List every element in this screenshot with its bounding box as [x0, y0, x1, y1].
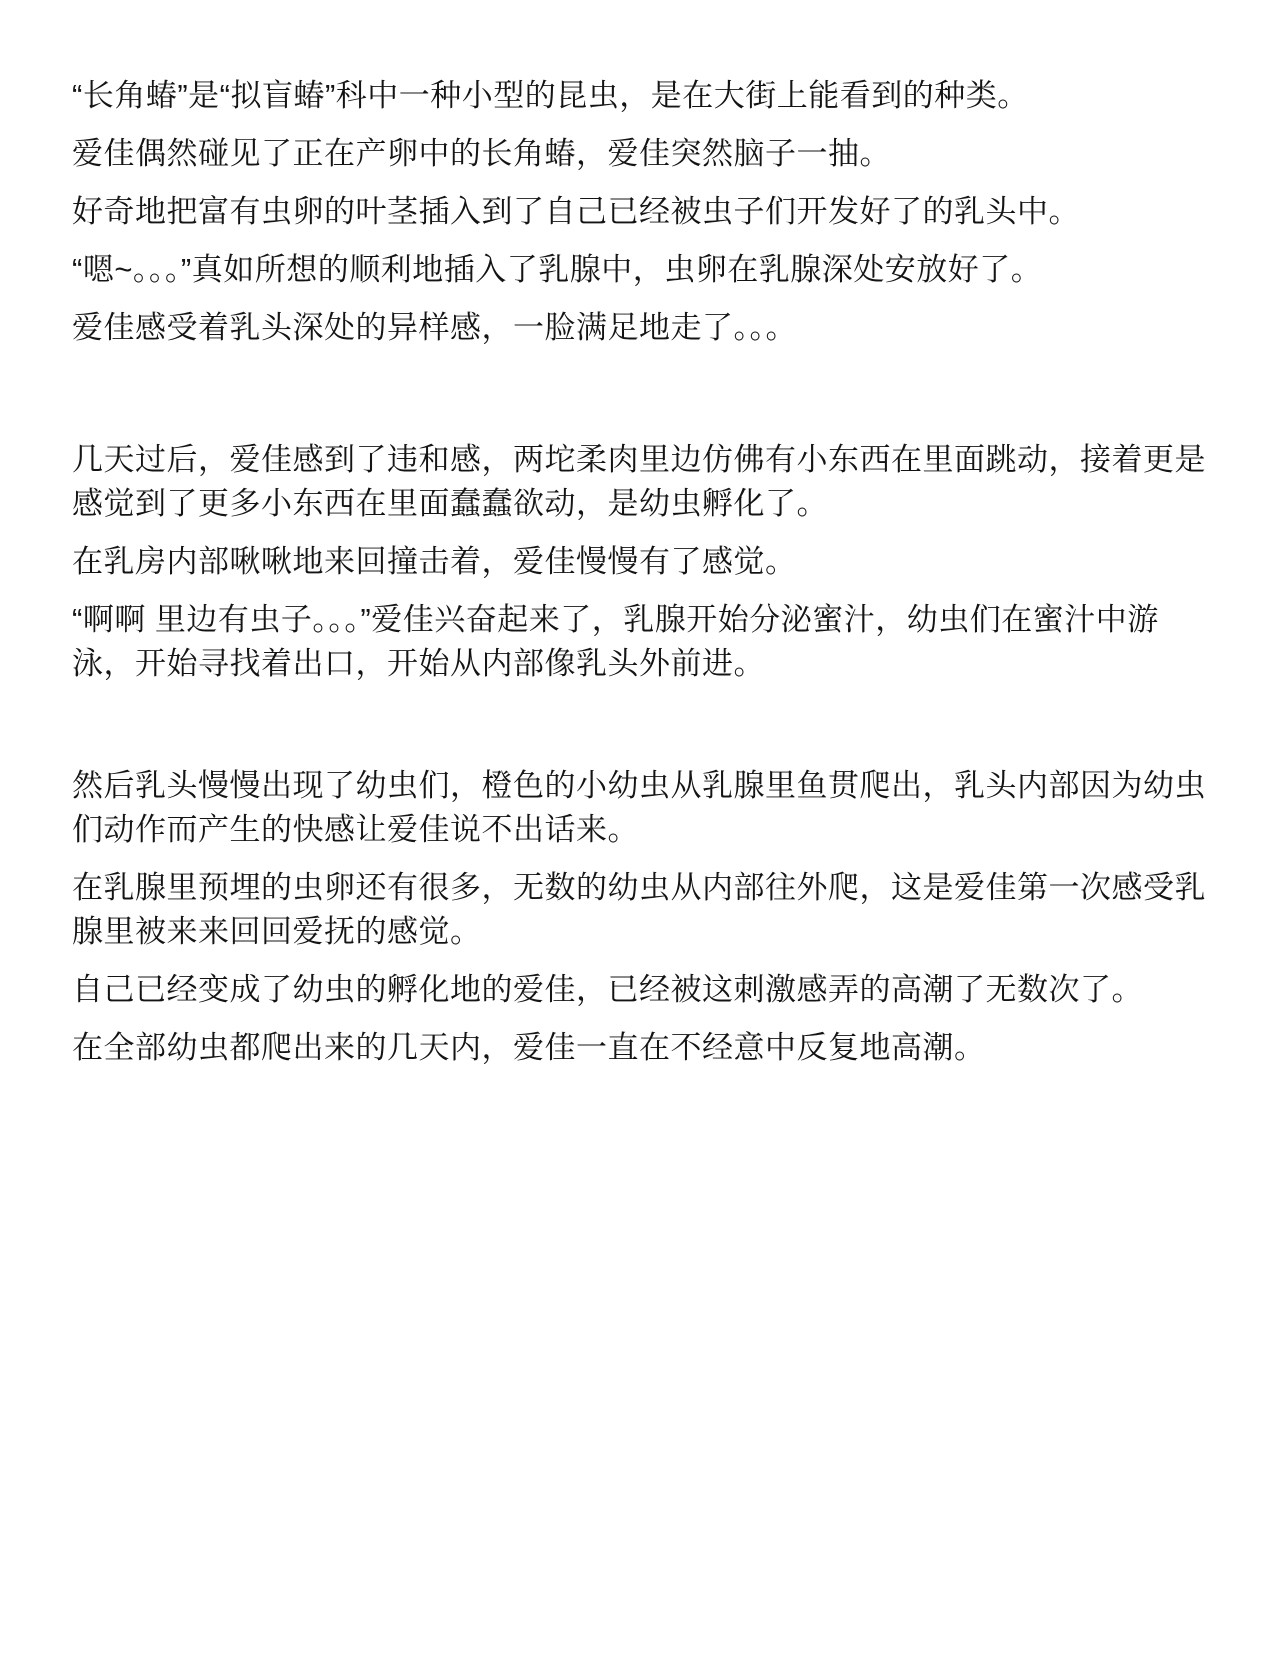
paragraph: 爱佳偶然碰见了正在产卵中的长角蝽，爱佳突然脑子一抽。 [72, 132, 1212, 176]
paragraph: 好奇地把富有虫卵的叶茎插入到了自己已经被虫子们开发好了的乳头中。 [72, 190, 1212, 234]
paragraph-block-2: 几天过后，爱佳感到了违和感，两坨柔肉里边仿佛有小东西在里面跳动，接着更是感觉到了… [72, 438, 1212, 686]
document-page: “长角蝽”是“拟盲蝽”科中一种小型的昆虫，是在大街上能看到的种类。 爱佳偶然碰见… [0, 0, 1280, 1656]
paragraph: “啊啊 里边有虫子。。。”爱佳兴奋起来了，乳腺开始分泌蜜汁，幼虫们在蜜汁中游泳，… [72, 598, 1212, 686]
paragraph: “嗯~。。。”真如所想的顺利地插入了乳腺中，虫卵在乳腺深处安放好了。 [72, 248, 1212, 292]
block-gap [72, 364, 1216, 438]
paragraph: 爱佳感受着乳头深处的异样感，一脸满足地走了。。。 [72, 306, 1212, 350]
block-gap [72, 700, 1216, 764]
paragraph: “长角蝽”是“拟盲蝽”科中一种小型的昆虫，是在大街上能看到的种类。 [72, 74, 1212, 118]
paragraph: 几天过后，爱佳感到了违和感，两坨柔肉里边仿佛有小东西在里面跳动，接着更是感觉到了… [72, 438, 1212, 526]
paragraph: 然后乳头慢慢出现了幼虫们，橙色的小幼虫从乳腺里鱼贯爬出，乳头内部因为幼虫们动作而… [72, 764, 1212, 852]
paragraph-block-3: 然后乳头慢慢出现了幼虫们，橙色的小幼虫从乳腺里鱼贯爬出，乳头内部因为幼虫们动作而… [72, 764, 1212, 1070]
paragraph-block-1: “长角蝽”是“拟盲蝽”科中一种小型的昆虫，是在大街上能看到的种类。 爱佳偶然碰见… [72, 74, 1212, 350]
paragraph: 自己已经变成了幼虫的孵化地的爱佳，已经被这刺激感弄的高潮了无数次了。 [72, 968, 1212, 1012]
paragraph: 在全部幼虫都爬出来的几天内，爱佳一直在不经意中反复地高潮。 [72, 1026, 1212, 1070]
paragraph: 在乳腺里预埋的虫卵还有很多，无数的幼虫从内部往外爬，这是爱佳第一次感受乳腺里被来… [72, 866, 1212, 954]
paragraph: 在乳房内部啾啾地来回撞击着，爱佳慢慢有了感觉。 [72, 540, 1212, 584]
